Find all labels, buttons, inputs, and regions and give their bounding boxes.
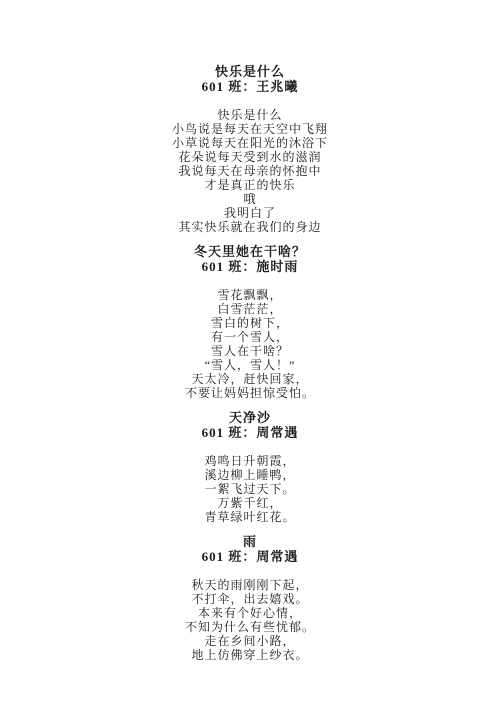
poem-line: 我说每天在母亲的怀抱中 [0,164,500,178]
poem-line: 有一个雪人， [0,330,500,344]
poem-author: 601 班：周常遇 [0,549,500,564]
poem-line: 鸡鸣日升朝霞， [0,454,500,468]
poem-line: 才是真正的快乐 [0,178,500,192]
poem-section: 雨 601 班：周常遇 秋天的雨刚刚下起，不打伞，出去嬉戏。本来有个好心情，不知… [0,534,500,662]
poem-line: 万紫千红， [0,496,500,510]
poem-line: 溪边柳上睡鸭， [0,468,500,482]
poem-line: “雪人，雪人！” [0,358,500,372]
poem-line: 一絮飞过天下。 [0,482,500,496]
poem-section: 天净沙 601 班：周常遇 鸡鸣日升朝霞，溪边柳上睡鸭，一絮飞过天下。万紫千红，… [0,410,500,524]
poem-line: 快乐是什么 [0,108,500,122]
poem-author: 601 班：施时雨 [0,259,500,274]
poem-line: 走在乡间小路， [0,634,500,648]
poem-line: 不打伞，出去嬉戏。 [0,592,500,606]
poem-title: 快乐是什么 [0,64,500,79]
poem-line: 雪白的树下， [0,316,500,330]
poem-line: 花朵说每天受到水的滋润 [0,150,500,164]
poem-section: 快乐是什么 601 班：王兆曦 快乐是什么小鸟说是每天在天空中飞翔小草说每天在阳… [0,64,500,234]
poem-line: 秋天的雨刚刚下起， [0,578,500,592]
poem-line: 不要让妈妈担惊受怕。 [0,386,500,400]
poem-line: 其实快乐就在我们的身边 [0,220,500,234]
poem-line: 地上仿佛穿上纱衣。 [0,648,500,662]
poem-body: 雪花飘飘，白雪茫茫，雪白的树下，有一个雪人，雪人在干啥？“雪人，雪人！”天太冷，… [0,288,500,400]
poem-line: 不知为什么有些忧郁。 [0,620,500,634]
poem-body: 快乐是什么小鸟说是每天在天空中飞翔小草说每天在阳光的沐浴下花朵说每天受到水的滋润… [0,108,500,234]
poem-line: 雪花飘飘， [0,288,500,302]
poem-line: 天太冷，赶快回家， [0,372,500,386]
poem-line: 白雪茫茫， [0,302,500,316]
poem-body: 鸡鸣日升朝霞，溪边柳上睡鸭，一絮飞过天下。万紫千红，青草绿叶红花。 [0,454,500,524]
poem-line: 小鸟说是每天在天空中飞翔 [0,122,500,136]
poem-line: 青草绿叶红花。 [0,510,500,524]
poem-author: 601 班：王兆曦 [0,79,500,94]
poems-container: 快乐是什么 601 班：王兆曦 快乐是什么小鸟说是每天在天空中飞翔小草说每天在阳… [0,0,500,662]
poem-section: 冬天里她在干啥？ 601 班：施时雨 雪花飘飘，白雪茫茫，雪白的树下，有一个雪人… [0,244,500,400]
document-page: 快乐是什么 601 班：王兆曦 快乐是什么小鸟说是每天在天空中飞翔小草说每天在阳… [0,0,500,707]
poem-line: 本来有个好心情， [0,606,500,620]
poem-body: 秋天的雨刚刚下起，不打伞，出去嬉戏。本来有个好心情，不知为什么有些忧郁。走在乡间… [0,578,500,662]
poem-author: 601 班：周常遇 [0,425,500,440]
poem-line: 我明白了 [0,206,500,220]
poem-line: 雪人在干啥？ [0,344,500,358]
poem-line: 哦 [0,192,500,206]
poem-title: 雨 [0,534,500,549]
poem-title: 天净沙 [0,410,500,425]
poem-title: 冬天里她在干啥？ [0,244,500,259]
poem-line: 小草说每天在阳光的沐浴下 [0,136,500,150]
